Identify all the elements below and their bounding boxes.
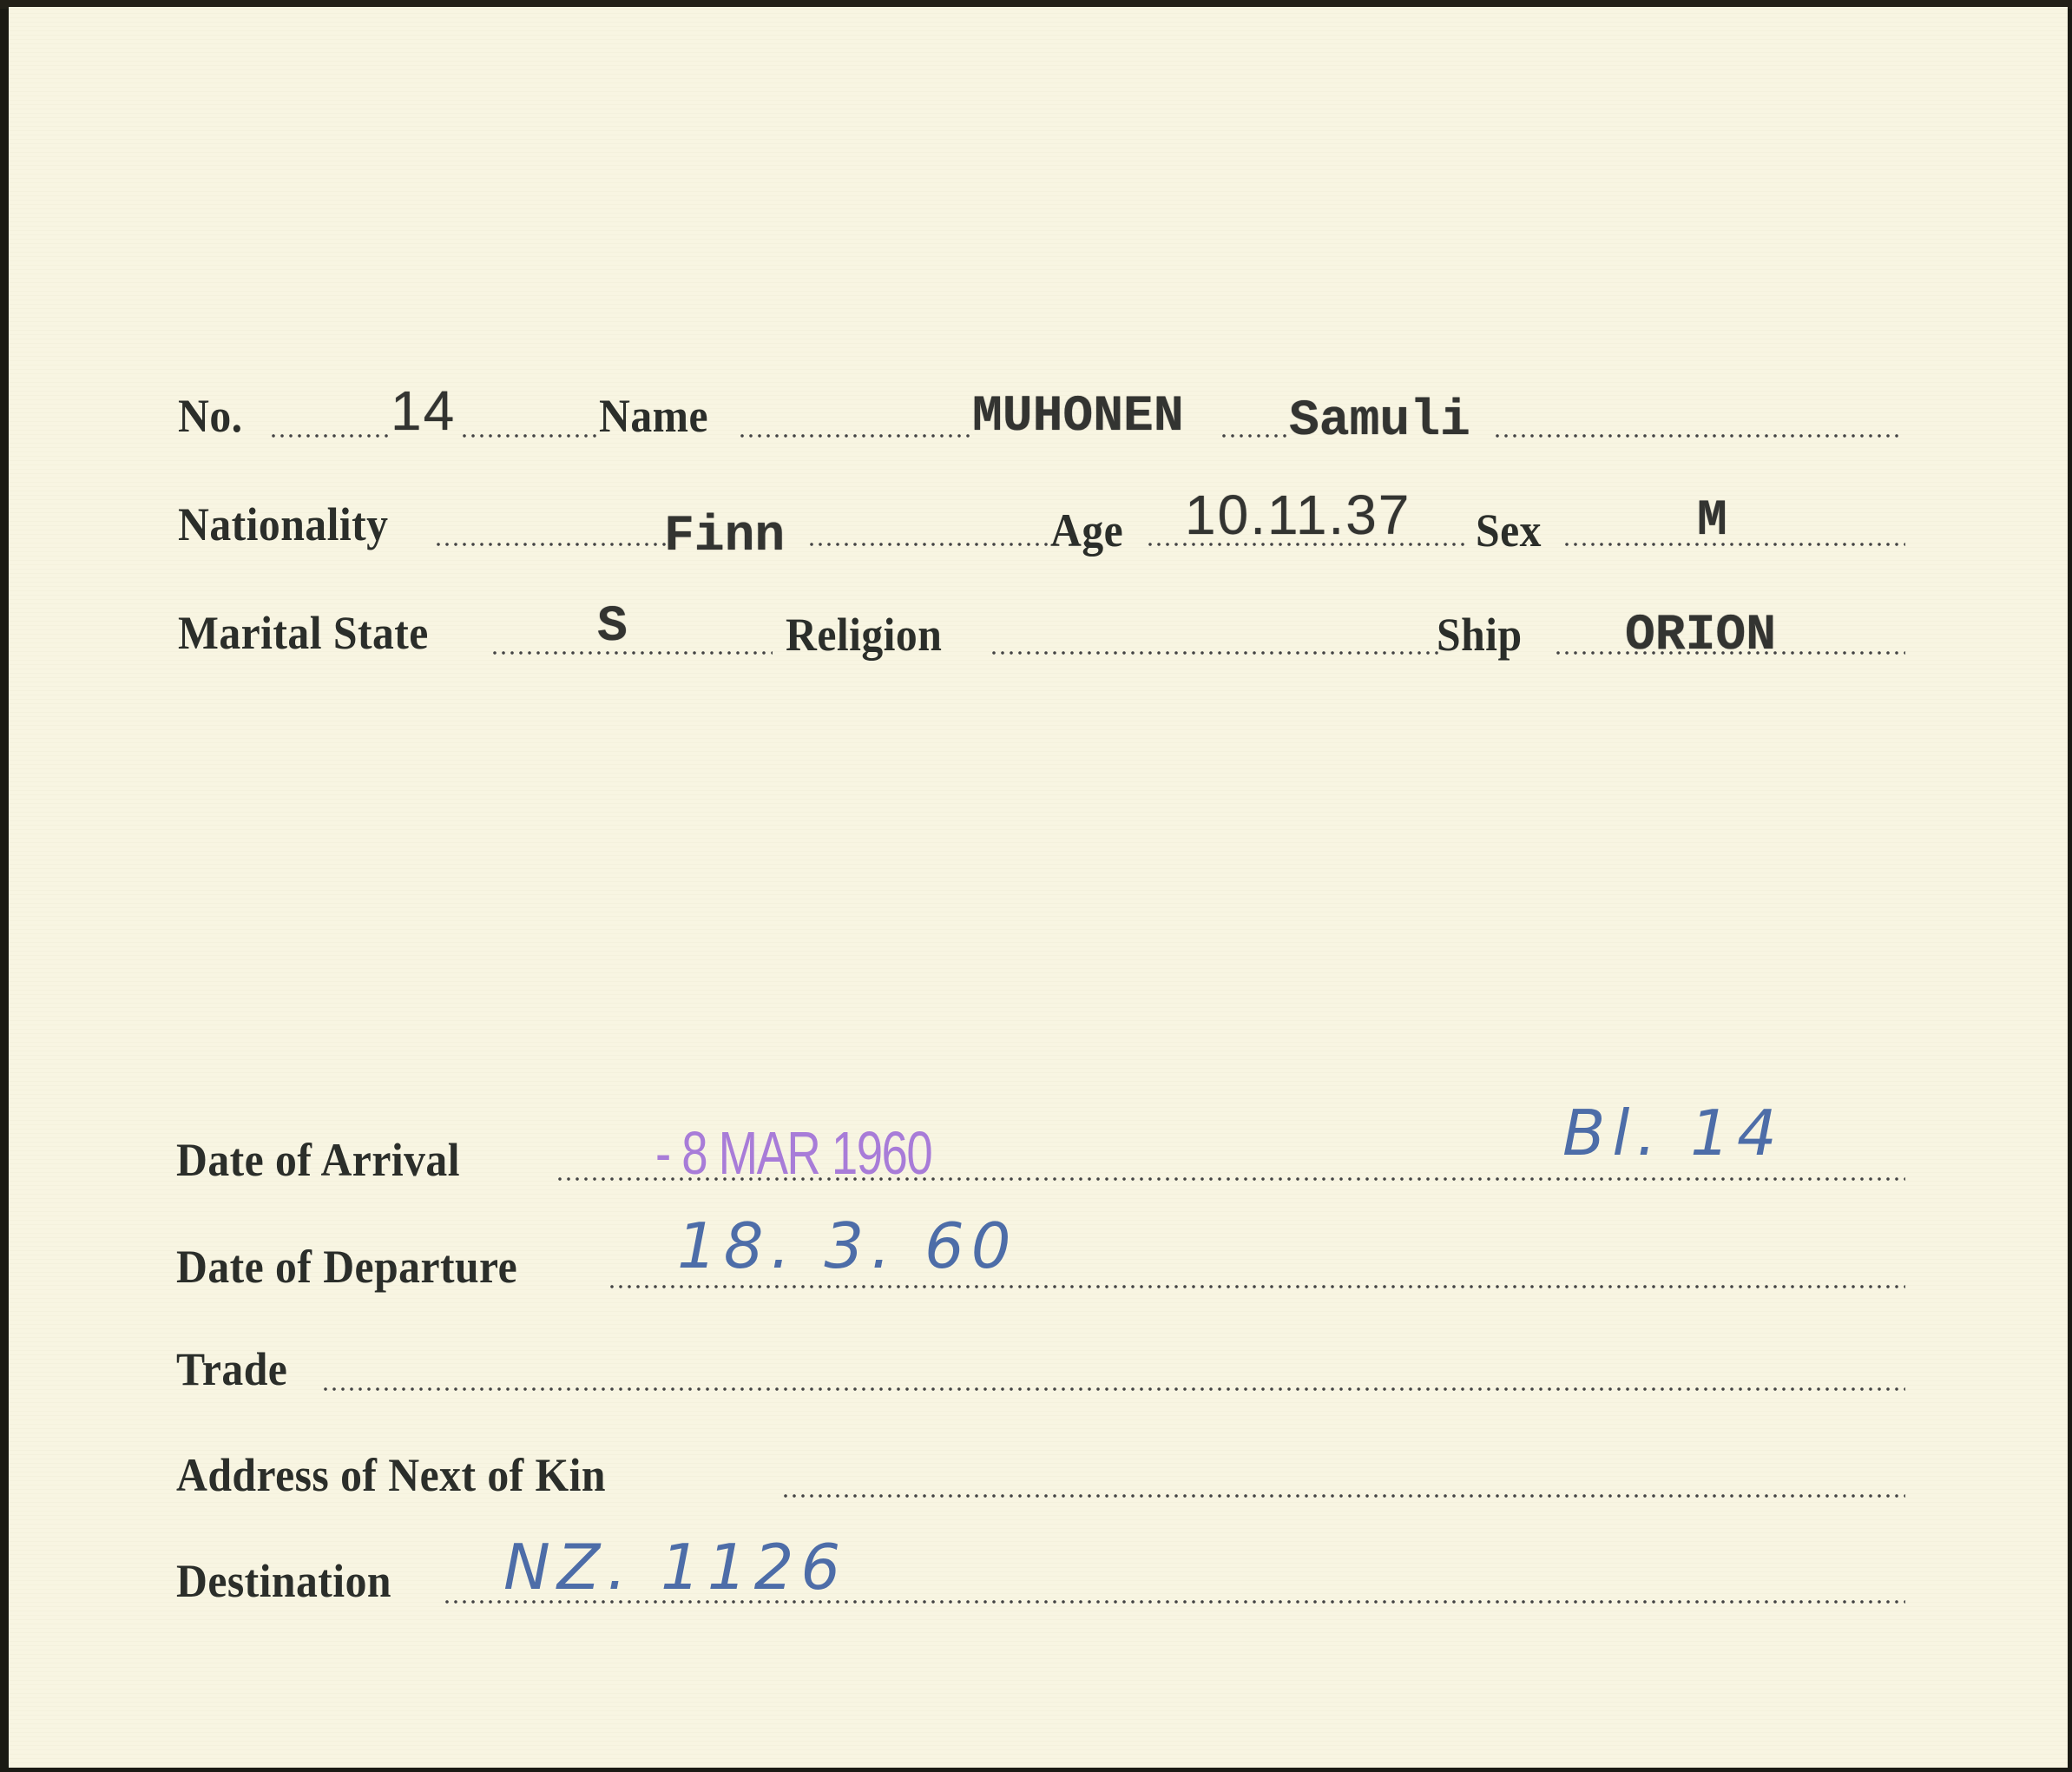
trade-dotted-line [321,1387,1905,1391]
arrival-annotation-handwritten: Bl. 14 [1562,1097,1784,1169]
nationality-label: Nationality [178,497,388,551]
ship-label: Ship [1437,608,1523,662]
name-dotted-line [738,434,972,438]
no-label: No. [178,389,243,443]
marital-state-value: S [597,599,628,655]
sex-value: M [1697,493,1727,550]
name-dotted-line-2 [1220,434,1289,438]
no-dotted-line [269,434,391,438]
nationality-dotted-line [434,543,668,546]
marital-state-label: Marital State [178,606,429,660]
immigration-record-card: No. 14 Name MUHONEN Samuli Nationality F… [9,7,2068,1768]
address-of-next-of-kin-label: Address of Next of Kin [176,1448,606,1502]
name-surname-value: MUHONEN [972,389,1184,445]
date-of-departure-dotted-line [608,1285,1905,1288]
date-of-departure-label: Date of Departure [176,1240,517,1294]
sex-label: Sex [1476,504,1542,557]
ship-value: ORION [1625,608,1776,664]
name-label: Name [599,389,708,443]
religion-label: Religion [786,608,942,662]
nationality-dotted-line-2 [807,543,1050,546]
trade-label: Trade [176,1342,287,1396]
date-of-arrival-label: Date of Arrival [176,1133,460,1187]
age-label: Age [1050,504,1123,557]
age-value: 10.11.37 [1185,483,1411,547]
sex-dotted-line [1562,543,1905,546]
destination-label: Destination [176,1554,391,1608]
no-dotted-line-2 [460,434,599,438]
name-dotted-line-3 [1493,434,1901,438]
religion-dotted-line [990,651,1441,655]
name-given-value: Samuli [1289,393,1470,450]
arrival-date-stamp: - 8 MAR 1960 [655,1118,931,1188]
departure-date-handwritten: 18. 3. 60 [677,1209,1018,1282]
destination-handwritten: NZ. 1126 [503,1531,847,1604]
marital-state-dotted-line [490,651,773,655]
address-of-next-of-kin-dotted-line [781,1494,1905,1498]
nationality-value: Finn [664,509,785,565]
no-value: 14 [391,379,456,443]
